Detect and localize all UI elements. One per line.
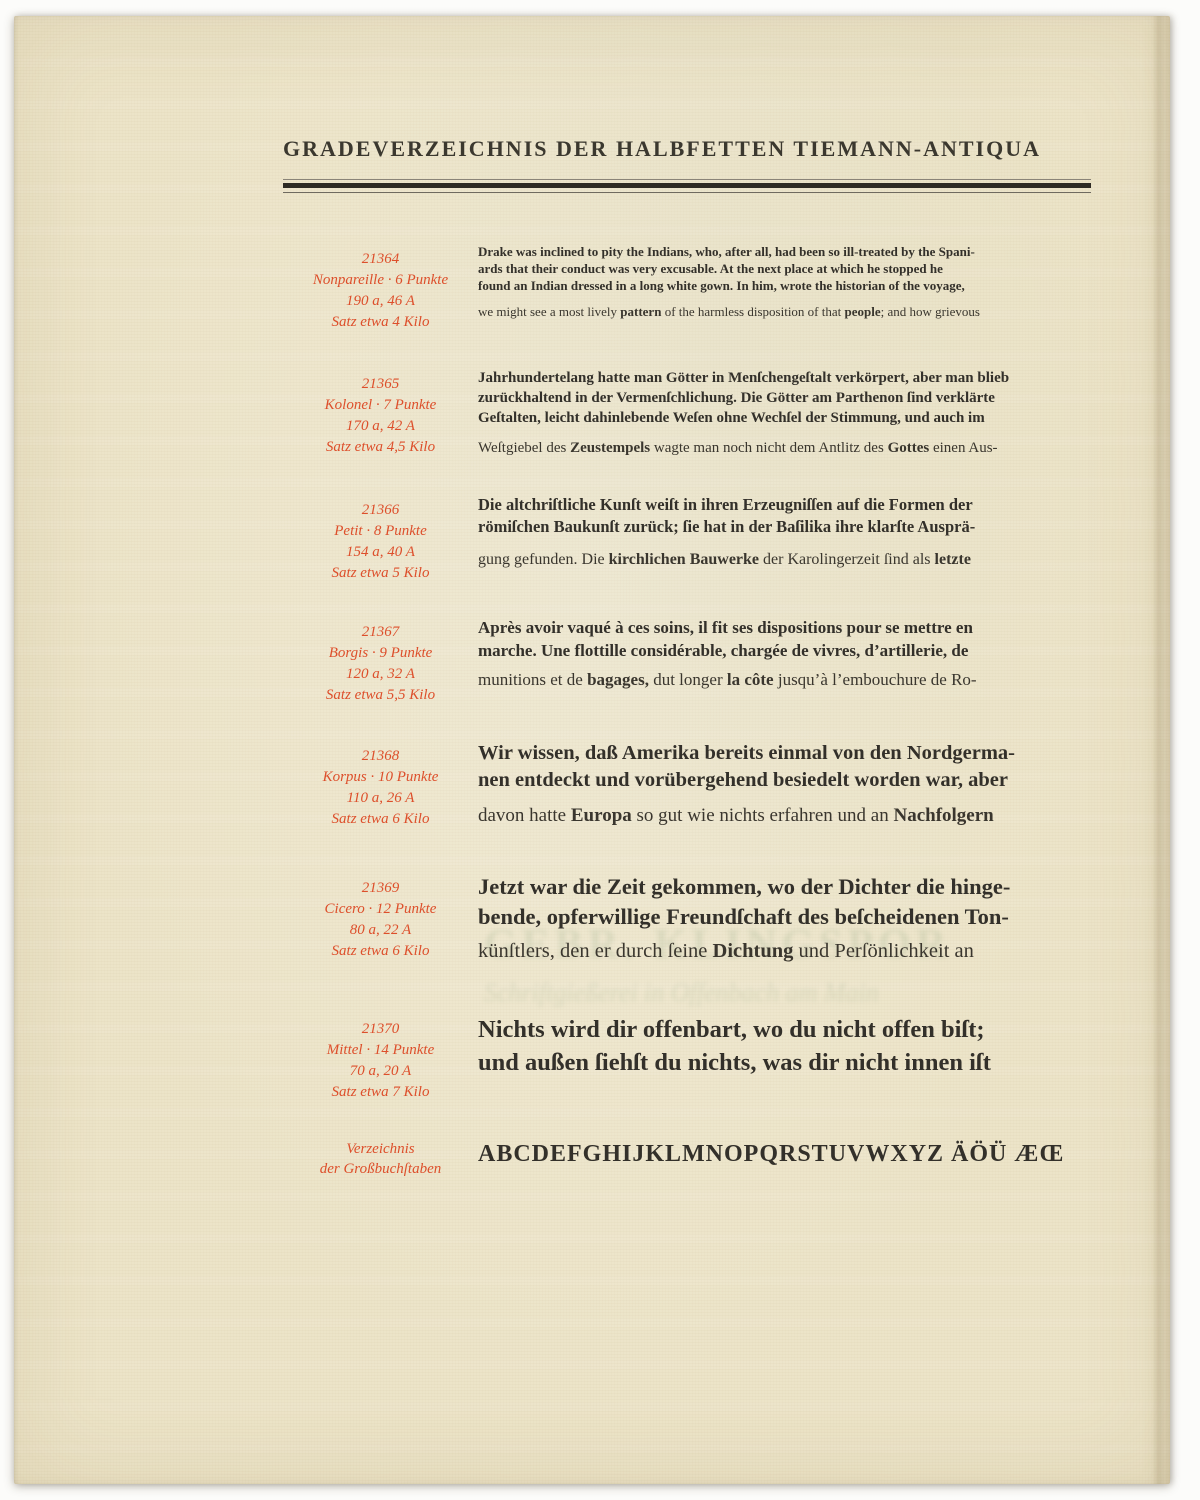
specimen-size-name: Petit · 8 Punkte <box>283 521 478 542</box>
specimen-size-name: Borgis · 9 Punkte <box>283 643 478 664</box>
sample-light-text: gung gefunden. Die kirchlichen Bauwerke … <box>478 551 1078 569</box>
specimen-number: 21364 <box>283 249 478 270</box>
sample-bold-text: Après avoir vaqué à ces soins, il fit se… <box>478 616 1078 662</box>
specimen-label: 21366 Petit · 8 Punkte 154 a, 40 A Satz … <box>283 494 478 584</box>
paper-fold-crease <box>1152 16 1164 1484</box>
specimen-weight: Satz etwa 5,5 Kilo <box>283 685 478 706</box>
sample-bold-text: Drake was inclined to pity the Indians, … <box>478 243 1078 294</box>
sample-bold-text: Die altchriſtliche Kunſt weiſt in ihren … <box>478 494 1078 537</box>
specimen-weight: Satz etwa 6 Kilo <box>283 941 478 962</box>
sample-light-text: munitions et de bagages, dut longer la c… <box>478 670 1078 690</box>
specimen-sample: Jetzt war die Zeit gekommen, wo der Dich… <box>478 872 1078 963</box>
specimen-label: 21369 Cicero · 12 Punkte 80 a, 22 A Satz… <box>283 872 478 963</box>
specimen-weight: Satz etwa 4 Kilo <box>283 312 478 333</box>
specimen-weight: Satz etwa 5 Kilo <box>283 563 478 584</box>
specimen-row: 21365 Kolonel · 7 Punkte 170 a, 42 A Sat… <box>283 368 1078 458</box>
specimen-sample: Drake was inclined to pity the Indians, … <box>478 243 1078 333</box>
capitals-label: Verzeichnis der Großbuchſtaben <box>283 1135 478 1179</box>
rule-thick-line <box>283 183 1091 188</box>
specimen-number: 21368 <box>283 746 478 767</box>
sample-bold-text: Jetzt war die Zeit gekommen, wo der Dich… <box>478 872 1078 932</box>
specimen-char-counts: 170 a, 42 A <box>283 416 478 437</box>
capitals-letters: ABCDEFGHIJKLMNOPQRSTUVWXYZ ÄÖÜ ÆŒ <box>478 1135 1078 1168</box>
specimen-weight: Satz etwa 4,5 Kilo <box>283 437 478 458</box>
capitals-row: Verzeichnis der Großbuchſtaben ABCDEFGHI… <box>283 1135 1078 1179</box>
rule-thin-line <box>283 192 1091 193</box>
specimen-size-name: Kolonel · 7 Punkte <box>283 395 478 416</box>
sample-bold-text: Nichts wird dir offenbart, wo du nicht o… <box>478 1013 1078 1079</box>
specimen-row: 21364 Nonpareille · 6 Punkte 190 a, 46 A… <box>283 243 1078 333</box>
specimen-number: 21365 <box>283 374 478 395</box>
specimen-size-name: Korpus · 10 Punkte <box>283 767 478 788</box>
specimen-size-name: Mittel · 14 Punkte <box>283 1040 478 1061</box>
specimen-sample: Jahrhundertelang hatte man Götter in Men… <box>478 368 1078 458</box>
sample-light-text: we might see a most lively pattern of th… <box>478 304 1078 320</box>
capitals-label-line: Verzeichnis <box>283 1139 478 1159</box>
specimen-row: 21366 Petit · 8 Punkte 154 a, 40 A Satz … <box>283 494 1078 584</box>
rule-thin-line <box>283 179 1091 180</box>
specimen-char-counts: 190 a, 46 A <box>283 291 478 312</box>
specimen-size-name: Nonpareille · 6 Punkte <box>283 270 478 291</box>
specimen-sample: Nichts wird dir offenbart, wo du nicht o… <box>478 1013 1078 1103</box>
specimen-row: 21368 Korpus · 10 Punkte 110 a, 26 A Sat… <box>283 740 1078 830</box>
specimen-size-name: Cicero · 12 Punkte <box>283 899 478 920</box>
capitals-label-line: der Großbuchſtaben <box>283 1159 478 1179</box>
sample-bold-text: Wir wissen, daß Amerika bereits einmal v… <box>478 740 1078 794</box>
specimen-char-counts: 70 a, 20 A <box>283 1061 478 1082</box>
specimen-row: 21369 Cicero · 12 Punkte 80 a, 22 A Satz… <box>283 872 1078 963</box>
specimen-char-counts: 110 a, 26 A <box>283 788 478 809</box>
sample-light-text: Weſtgiebel des Zeustempels wagte man noc… <box>478 440 1078 457</box>
specimen-number: 21367 <box>283 622 478 643</box>
capitals-sample: ABCDEFGHIJKLMNOPQRSTUVWXYZ ÄÖÜ ÆŒ <box>478 1135 1078 1179</box>
specimen-number: 21369 <box>283 878 478 899</box>
sample-bold-text: Jahrhundertelang hatte man Götter in Men… <box>478 368 1078 428</box>
specimen-row: 21367 Borgis · 9 Punkte 120 a, 32 A Satz… <box>283 616 1078 706</box>
sample-light-text: künſtlers, den er durch ſeine Dichtung u… <box>478 940 1078 963</box>
scanned-specimen-page: GEBR. KLINGSPOR Schriftgießerei in Offen… <box>14 16 1170 1484</box>
specimen-number: 21366 <box>283 500 478 521</box>
specimen-label: 21368 Korpus · 10 Punkte 110 a, 26 A Sat… <box>283 740 478 830</box>
sample-light-text: davon hatte Europa so gut wie nichts erf… <box>478 805 1078 827</box>
specimen-label: 21364 Nonpareille · 6 Punkte 190 a, 46 A… <box>283 243 478 333</box>
specimen-number: 21370 <box>283 1019 478 1040</box>
specimen-char-counts: 120 a, 32 A <box>283 664 478 685</box>
specimen-label: 21367 Borgis · 9 Punkte 120 a, 32 A Satz… <box>283 616 478 706</box>
showthrough-ghost-text: Schriftgießerei in Offenbach am Main <box>484 978 879 1008</box>
specimen-row: 21370 Mittel · 14 Punkte 70 a, 20 A Satz… <box>283 1013 1078 1103</box>
specimen-weight: Satz etwa 7 Kilo <box>283 1082 478 1103</box>
specimen-weight: Satz etwa 6 Kilo <box>283 809 478 830</box>
title-rule <box>283 179 1091 193</box>
specimen-char-counts: 154 a, 40 A <box>283 542 478 563</box>
specimen-sample: Après avoir vaqué à ces soins, il fit se… <box>478 616 1078 706</box>
specimen-label: 21370 Mittel · 14 Punkte 70 a, 20 A Satz… <box>283 1013 478 1103</box>
specimen-sample: Die altchriſtliche Kunſt weiſt in ihren … <box>478 494 1078 584</box>
page-title: GRADEVERZEICHNIS DER HALBFETTEN TIEMANN-… <box>283 136 1083 162</box>
specimen-label: 21365 Kolonel · 7 Punkte 170 a, 42 A Sat… <box>283 368 478 458</box>
specimen-sample: Wir wissen, daß Amerika bereits einmal v… <box>478 740 1078 830</box>
specimen-char-counts: 80 a, 22 A <box>283 920 478 941</box>
